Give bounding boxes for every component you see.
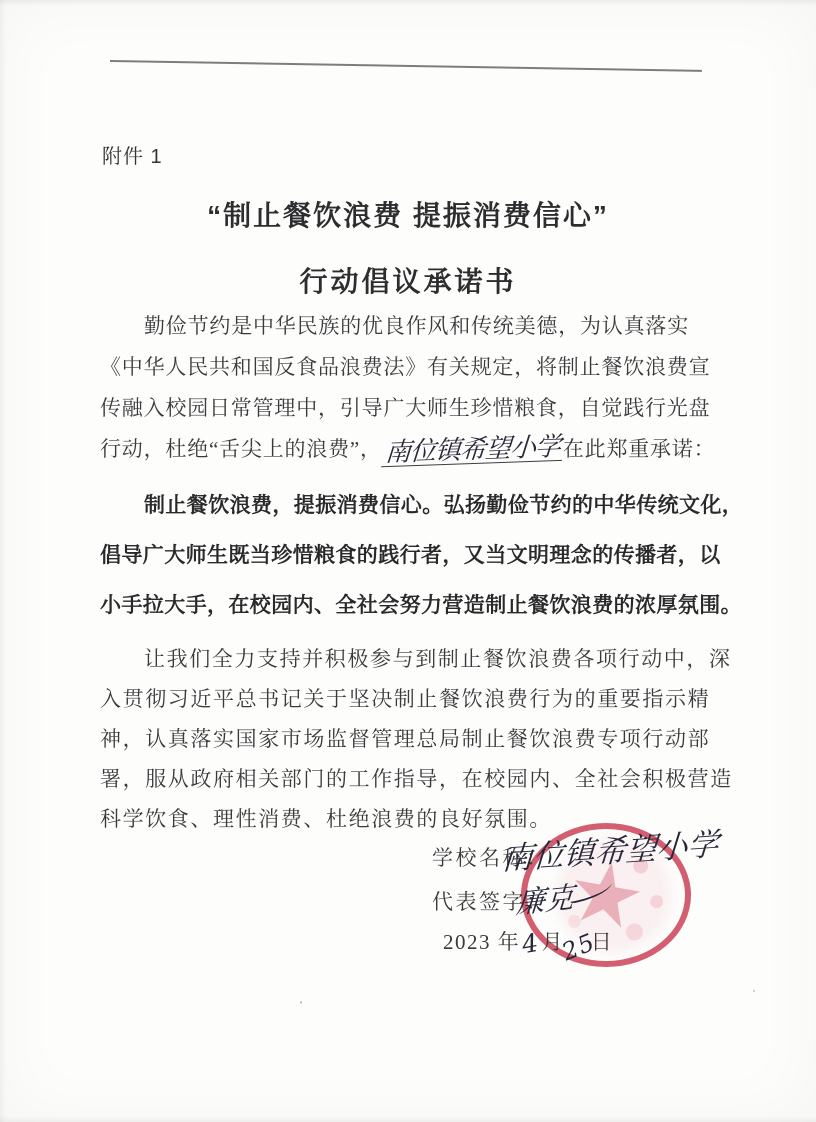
scan-edge-top xyxy=(0,0,816,6)
document-title: “制止餐饮浪费 提振消费信心” xyxy=(0,194,816,234)
scan-edge-left xyxy=(0,0,6,1122)
paragraph-pledge-bold: 制止餐饮浪费，提振消费信心。弘扬勤俭节约的中华传统文化， 倡导广大师生既当珍惜粮… xyxy=(100,481,722,631)
date-year-text: 2023 年 xyxy=(443,930,520,954)
scan-edge-bottom xyxy=(0,1116,816,1122)
scan-speck xyxy=(300,1001,302,1004)
line-text-prefix: 行动，杜绝“舌尖上的浪费”， xyxy=(100,437,382,461)
line-text-suffix: 在此郑重承诺： xyxy=(563,437,716,461)
header-separator-line xyxy=(110,60,702,72)
paragraph-line: 神，认真落实国家市场监督管理总局制止餐饮浪费专项行动部 xyxy=(100,719,722,759)
paragraph-opening: 勤俭节约是中华民族的优良作风和传统美德，为认真落实 《中华人民共和国反食品浪费法… xyxy=(100,306,722,470)
paragraph-line: 传融入校园日常管理中，引导广大师生珍惜粮食，自觉践行光盘 xyxy=(100,388,722,429)
paragraph-line: 《中华人民共和国反食品浪费法》有关规定，将制止餐饮浪费宣 xyxy=(100,347,722,388)
handwritten-month-number: 4 xyxy=(520,928,542,960)
paragraph-line: 倡导广大师生既当珍惜粮食的践行者，又当文明理念的传播者，以 xyxy=(100,531,722,581)
handwritten-school-name-inline: 南位镇希望小学 xyxy=(381,434,564,467)
attachment-label: 附件 1 xyxy=(102,140,163,169)
scan-speck xyxy=(753,990,755,992)
document-subtitle: 行动倡议承诺书 xyxy=(0,260,816,300)
paragraph-line: 入贯彻习近平总书记关于坚决制止餐饮浪费行为的重要指示精 xyxy=(100,679,722,719)
paragraph-line: 制止餐饮浪费，提振消费信心。弘扬勤俭节约的中华传统文化， xyxy=(100,481,722,531)
paragraph-line: 让我们全力支持并积极参与到制止餐饮浪费各项行动中，深 xyxy=(100,639,722,679)
paragraph-action: 让我们全力支持并积极参与到制止餐饮浪费各项行动中，深 入贯彻习近平总书记关于坚决… xyxy=(100,639,722,839)
paragraph-line: 署，服从政府相关部门的工作指导，在校园内、全社会积极营造 xyxy=(100,759,722,799)
paragraph-line: 勤俭节约是中华民族的优良作风和传统美德，为认真落实 xyxy=(100,306,722,347)
paragraph-line: 小手拉大手，在校园内、全社会努力营造制止餐饮浪费的浓厚氛围。 xyxy=(100,581,722,631)
date-line: 2023 年4月25日 xyxy=(443,926,613,961)
paragraph-line: 行动，杜绝“舌尖上的浪费”，南位镇希望小学在此郑重承诺： xyxy=(100,429,722,470)
scanned-pledge-document: 附件 1 “制止餐饮浪费 提振消费信心” 行动倡议承诺书 勤俭节约是中华民族的优… xyxy=(0,0,816,1122)
